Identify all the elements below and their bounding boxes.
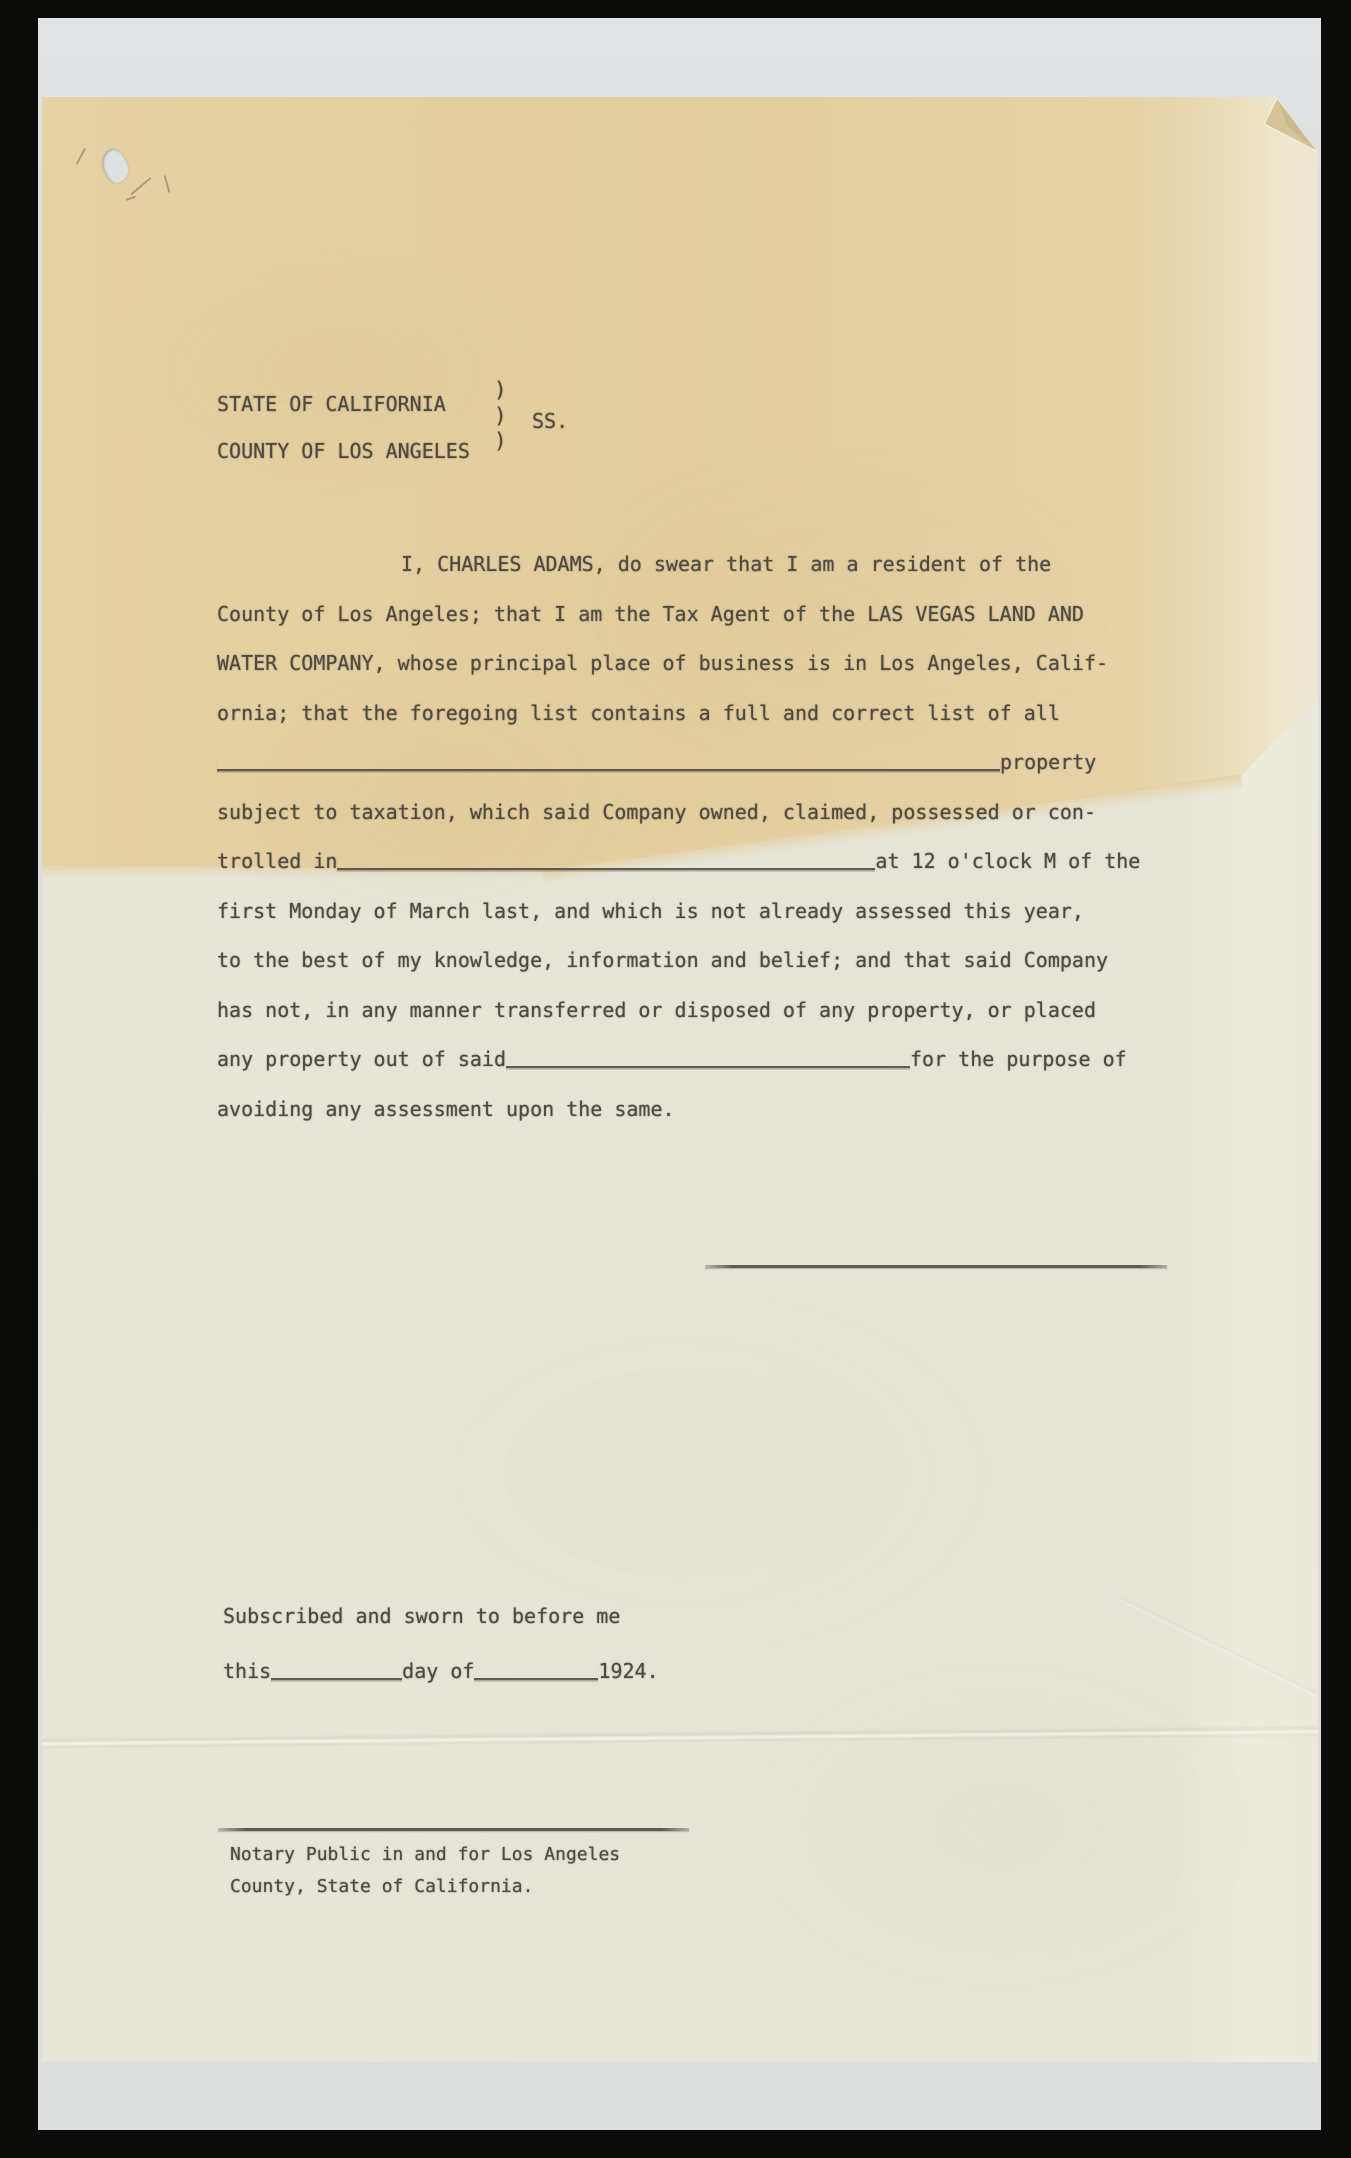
paren-glyph: ) [494, 404, 507, 430]
notary-title-line-2: County, State of California. [230, 1871, 620, 1903]
paren-column: ) ) ) [494, 378, 507, 455]
notary-block: Notary Public in and for Los Angeles Cou… [230, 1839, 620, 1902]
affidavit-line: County of Los Angeles; that I am the Tax… [217, 590, 1140, 640]
paper-crease [30, 1725, 1340, 1750]
affidavit-body: I, CHARLES ADAMS, do swear that I am a r… [217, 540, 1140, 1134]
affidavit-line: subject to taxation, which said Company … [217, 788, 1140, 838]
affidavit-line: ornia; that the foregoing list contains … [217, 689, 1140, 739]
affidavit-line: I, CHARLES ADAMS, do swear that I am a r… [217, 540, 1140, 590]
paper-crease-diagonal [1117, 1595, 1351, 1746]
blank-fill-month [474, 1664, 598, 1680]
affidavit-line: WATER COMPANY, whose principal place of … [217, 639, 1140, 689]
paren-glyph: ) [494, 429, 507, 455]
notary-title-line-1: Notary Public in and for Los Angeles [230, 1839, 620, 1871]
signature-line [705, 1265, 1167, 1268]
day-of-label: day of [402, 1659, 474, 1683]
affidavit-line: first Monday of March last, and which is… [217, 887, 1140, 937]
scan-canvas: STATE OF CALIFORNIA COUNTY OF LOS ANGELE… [0, 0, 1351, 2158]
venue-block: STATE OF CALIFORNIA COUNTY OF LOS ANGELE… [217, 381, 470, 475]
blank-fill-day [271, 1664, 402, 1680]
blank-fill [506, 1052, 910, 1068]
affidavit-line: property [217, 738, 1140, 788]
subscribed-line: Subscribed and sworn to before me [223, 1604, 620, 1628]
blank-fill [217, 755, 1000, 771]
paren-glyph: ) [494, 378, 507, 404]
state-line: STATE OF CALIFORNIA [217, 381, 470, 428]
affidavit-line: has not, in any manner transferred or di… [217, 986, 1140, 1036]
this-label: this [223, 1659, 271, 1683]
date-line: thisday of1924. [223, 1657, 659, 1685]
ss-label: SS. [532, 409, 568, 433]
blank-fill [337, 854, 875, 870]
affidavit-line: any property out of saidfor the purpose … [217, 1035, 1140, 1085]
notary-signature-line [218, 1828, 689, 1831]
county-line: COUNTY OF LOS ANGELES [217, 428, 470, 475]
affidavit-line: to the best of my knowledge, information… [217, 936, 1140, 986]
affidavit-line: avoiding any assessment upon the same. [217, 1085, 1140, 1135]
affidavit-line: trolled inat 12 o'clock M of the [217, 837, 1140, 887]
year-label: 1924. [598, 1659, 658, 1683]
document-page: STATE OF CALIFORNIA COUNTY OF LOS ANGELE… [42, 97, 1318, 2062]
